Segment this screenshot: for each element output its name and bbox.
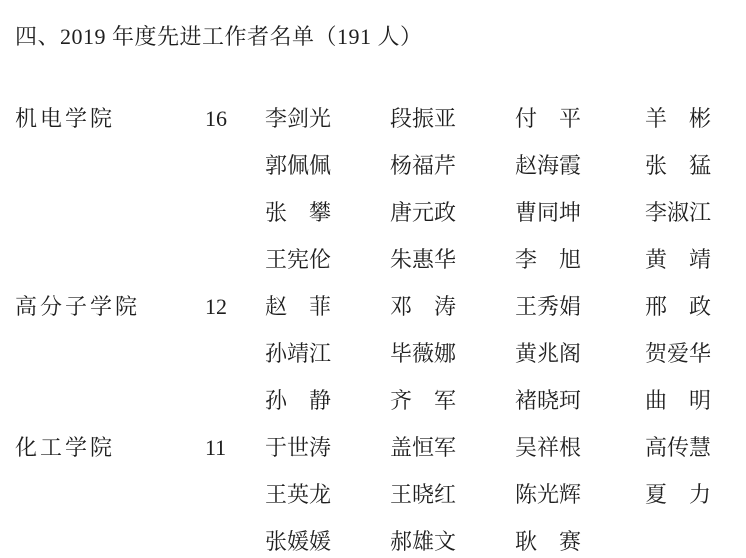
person-name: 张媛媛: [265, 531, 390, 553]
person-name: 郭佩佩: [265, 155, 390, 177]
person-name: 张 猛: [645, 155, 746, 177]
person-name: 李淑江: [645, 202, 746, 224]
person-name: 齐 军: [390, 390, 515, 412]
person-name: 唐元政: [390, 202, 515, 224]
person-name: 赵 菲: [265, 296, 390, 318]
table-row: 机电学院 16 李剑光 段振亚 付 平 羊 彬: [15, 95, 746, 142]
person-name: 褚晓珂: [515, 390, 645, 412]
person-name: 夏 力: [645, 484, 746, 506]
table-row: 化工学院 11 于世涛 盖恒军 吴祥根 高传慧: [15, 424, 746, 471]
table-row: 孙 静 齐 军 褚晓珂 曲 明: [15, 377, 746, 424]
person-name: 付 平: [515, 108, 645, 130]
person-name: 盖恒军: [390, 437, 515, 459]
person-name: 段振亚: [390, 108, 515, 130]
count-label: 16: [205, 108, 265, 130]
person-name: 杨福芹: [390, 155, 515, 177]
table-row: 孙靖江 毕薇娜 黄兆阁 贺爱华: [15, 330, 746, 377]
table-row: 张媛媛 郝雄文 耿 赛: [15, 518, 746, 558]
department-label: 机电学院: [15, 108, 205, 130]
table-row: 王英龙 王晓红 陈光辉 夏 力: [15, 471, 746, 518]
table-row: 郭佩佩 杨福芹 赵海霞 张 猛: [15, 142, 746, 189]
person-name: 邓 涛: [390, 296, 515, 318]
person-name: 曲 明: [645, 390, 746, 412]
person-name: 高传慧: [645, 437, 746, 459]
person-name: 陈光辉: [515, 484, 645, 506]
department-label: 化工学院: [15, 437, 205, 459]
department-label: 高分子学院: [15, 296, 205, 318]
table-row: 王宪伦 朱惠华 李 旭 黄 靖: [15, 236, 746, 283]
table-row: 张 攀 唐元政 曹同坤 李淑江: [15, 189, 746, 236]
person-name: 赵海霞: [515, 155, 645, 177]
person-name: 孙 静: [265, 390, 390, 412]
person-name: 黄兆阁: [515, 343, 645, 365]
person-name: 贺爱华: [645, 343, 746, 365]
person-name: 王英龙: [265, 484, 390, 506]
table-row: 高分子学院 12 赵 菲 邓 涛 王秀娟 邢 政: [15, 283, 746, 330]
document-page: 四、2019 年度先进工作者名单（191 人） 机电学院 16 李剑光 段振亚 …: [0, 0, 746, 558]
person-name: 孙靖江: [265, 343, 390, 365]
person-name: 郝雄文: [390, 531, 515, 553]
person-name: 王宪伦: [265, 249, 390, 271]
roster-table: 机电学院 16 李剑光 段振亚 付 平 羊 彬 郭佩佩 杨福芹 赵海霞 张 猛 …: [15, 95, 746, 558]
person-name: 曹同坤: [515, 202, 645, 224]
person-name: 吴祥根: [515, 437, 645, 459]
person-name: 王晓红: [390, 484, 515, 506]
person-name: 李剑光: [265, 108, 390, 130]
person-name: 毕薇娜: [390, 343, 515, 365]
person-name: 羊 彬: [645, 108, 746, 130]
person-name: 邢 政: [645, 296, 746, 318]
count-label: 11: [205, 437, 265, 459]
person-name: 黄 靖: [645, 249, 746, 271]
person-name: 朱惠华: [390, 249, 515, 271]
person-name: 耿 赛: [515, 531, 645, 553]
count-label: 12: [205, 296, 265, 318]
person-name: 王秀娟: [515, 296, 645, 318]
person-name: 李 旭: [515, 249, 645, 271]
person-name: 张 攀: [265, 202, 390, 224]
person-name: 于世涛: [265, 437, 390, 459]
section-title: 四、2019 年度先进工作者名单（191 人）: [15, 25, 746, 48]
